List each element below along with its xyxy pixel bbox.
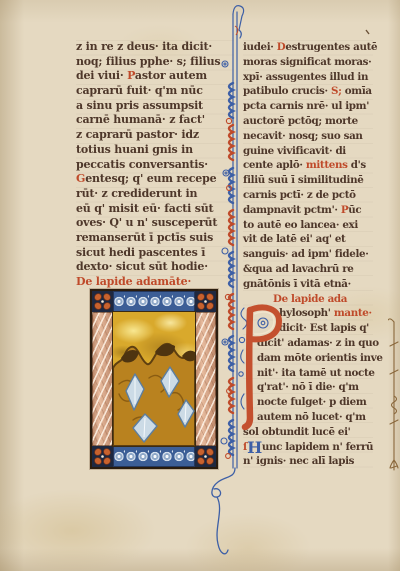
text-line: autem nō lucet· q'm <box>243 410 373 425</box>
body-text: sicut hedi pascentes ī <box>76 246 205 259</box>
body-text: moras significat moras· <box>243 56 371 68</box>
quatrefoil-flower-icon <box>92 291 113 312</box>
body-text: autem nō lucet· q'm <box>257 411 366 423</box>
text-line: eū q' misit eū· facti sūt <box>76 202 234 217</box>
quatrefoil-flower-icon <box>195 291 216 312</box>
body-text: iudei· <box>243 41 277 53</box>
body-text: eū q' misit eū· facti sūt <box>76 202 213 215</box>
body-text: dampnavit pctm'· <box>243 204 341 216</box>
rubric-text: S; <box>331 85 342 97</box>
text-line: caprarū fuit· q'm nūc <box>76 84 234 99</box>
body-text: astor autem <box>135 69 207 82</box>
text-line: filiū suū ī similitudinē <box>243 173 373 188</box>
body-text: patibulo crucis· <box>243 85 331 97</box>
body-text: omīa <box>342 85 372 97</box>
frame-band-top <box>113 291 195 312</box>
text-line: noq; filius pphe· s; filius <box>76 55 234 70</box>
body-text: auctorē pctōq; morte <box>243 115 358 127</box>
body-text: remanserūt ī pctīs suis <box>76 231 213 244</box>
text-line: carnis pctī· z de pctō <box>243 188 373 203</box>
body-text: ūc <box>348 204 361 216</box>
text-line: dei viui· Pastor autem <box>76 69 234 84</box>
frame-band-bottom <box>113 446 195 467</box>
text-line: z in re z deus· ita dicit· <box>76 40 234 55</box>
text-line: gnātōnis ī vitā etnā· <box>243 277 373 292</box>
text-line: &qua ad lavachrū re <box>243 262 373 277</box>
body-text: carnis pctī· z de pctō <box>243 189 356 201</box>
rubric-text: mante· <box>334 307 372 319</box>
text-line: oves· Q' u n' susceperūt <box>76 216 234 231</box>
text-line: totius huani gnis in <box>76 143 234 158</box>
text-line: n' ignis· nec alī lapis <box>243 454 373 469</box>
body-text: &qua ad lavachrū re <box>243 263 354 275</box>
text-line: necavit· nosq; suo san <box>243 129 373 144</box>
text-line: rūt· z crediderunt in <box>76 187 234 202</box>
text-line: hylosoph' mante· <box>243 306 373 321</box>
body-text: entesq; q' eum recepe <box>85 172 216 185</box>
body-text: noq; filius pphe· s; filius <box>76 55 220 68</box>
margin-pen-mark <box>388 312 400 480</box>
text-line: moras significat moras· <box>243 55 373 70</box>
text-line: De lapide ada <box>243 292 373 307</box>
text-line: carnē humanā· z fact' <box>76 113 234 128</box>
body-text: dicit' adamas· z in quo <box>257 337 379 349</box>
body-text: n' ignis· nec alī lapis <box>243 455 354 467</box>
text-line: q'rat'· nō ī die· q'm <box>243 380 373 395</box>
text-line: z caprarū pastor· idz <box>76 128 234 143</box>
body-text: peccatis conversantis· <box>76 158 208 171</box>
bottom-flourish <box>212 468 235 554</box>
red-tick <box>235 26 238 35</box>
text-line: cente aplō· mittens d's <box>243 158 373 173</box>
body-text: vit de latē ei' aq' et <box>243 233 345 245</box>
body-text: xpī· assugentes illud in <box>243 71 368 83</box>
text-line: guine vivificavit· di <box>243 144 373 159</box>
body-text: sanguis· ad ipm' fidele· <box>243 248 368 260</box>
body-text: d's <box>348 159 366 171</box>
gold-ground <box>113 312 195 446</box>
body-text: nit'· ita tamē ut nocte <box>257 367 375 379</box>
quatrefoil-flower-icon <box>92 446 113 467</box>
body-text: unc lapidem n' ferrū <box>262 441 373 453</box>
text-line: dam mōte orientis inve <box>243 351 373 366</box>
text-line: dicit' adamas· z in quo <box>243 336 373 351</box>
body-text: pcta carnis nrē· ul ipm' <box>243 100 369 112</box>
rubric-text: P <box>127 69 135 82</box>
rubric-text: De lapide ada <box>273 293 347 305</box>
text-line: vit de latē ei' aq' et <box>243 232 373 247</box>
text-line: remanserūt ī pctīs suis <box>76 231 234 246</box>
text-line: dicit· Est lapis q' <box>243 321 373 336</box>
initial-h: H <box>247 443 262 453</box>
text-line: sicut hedi pascentes ī <box>76 246 234 261</box>
body-text: caprarū fuit· q'm nūc <box>76 84 203 97</box>
body-text: nocte fulget· p diem <box>257 396 366 408</box>
body-text: rūt· z crediderunt in <box>76 187 197 200</box>
text-line: auctorē pctōq; morte <box>243 114 373 129</box>
body-text: dicit· Est lapis q' <box>279 322 369 334</box>
text-column-right: iudei· Destrugentes autēmoras significat… <box>243 40 373 469</box>
text-line: sanguis· ad ipm' fidele· <box>243 247 373 262</box>
frame-foliate-border-right <box>195 312 216 446</box>
corner-quatrefoil-bl <box>92 446 113 467</box>
text-line: De lapide adamāte· <box>76 275 234 290</box>
text-line: dampnavit pctm'· Pūc <box>243 203 373 218</box>
body-text: dei viui· <box>76 69 127 82</box>
text-line: a sinu pris assumpsit <box>76 99 234 114</box>
body-text: estrugentes autē <box>285 41 377 53</box>
text-line: to autē eo lancea· exi <box>243 218 373 233</box>
body-text: guine vivificavit· di <box>243 145 346 157</box>
text-line: nit'· ita tamē ut nocte <box>243 366 373 381</box>
quatrefoil-flower-icon <box>195 446 216 467</box>
body-text: gnātōnis ī vitā etnā· <box>243 278 351 290</box>
text-column-left: z in re z deus· ita dicit·noq; filius pp… <box>76 40 234 290</box>
body-text: a sinu pris assumpsit <box>76 99 203 112</box>
corner-quatrefoil-tr <box>195 291 216 312</box>
body-text: to autē eo lancea· exi <box>243 219 358 231</box>
text-line: Gentesq; q' eum recepe <box>76 172 234 187</box>
rubric-text: G <box>76 172 85 185</box>
text-line: sol obtundit lucē ei' <box>243 425 373 440</box>
body-text: filiū suū ī similitudinē <box>243 174 363 186</box>
text-line: patibulo crucis· S; omīa <box>243 84 373 99</box>
body-text: z in re z deus· ita dicit· <box>76 40 212 53</box>
rubric-text: mittens <box>306 159 348 171</box>
text-line: iudei· Destrugentes autē <box>243 40 373 55</box>
text-line: ſHunc lapidem n' ferrū <box>243 440 373 455</box>
text-line: xpī· assugentes illud in <box>243 70 373 85</box>
text-line: pcta carnis nrē· ul ipm' <box>243 99 373 114</box>
corner-quatrefoil-br <box>195 446 216 467</box>
text-line: nocte fulget· p diem <box>243 395 373 410</box>
body-text: totius huani gnis in <box>76 143 193 156</box>
body-text: z caprarū pastor· idz <box>76 128 199 141</box>
body-text: carnē humanā· z fact' <box>76 113 205 126</box>
miniature-frame <box>90 289 218 469</box>
body-text: q'rat'· nō ī die· q'm <box>257 381 359 393</box>
body-text: dam mōte orientis inve <box>257 352 383 364</box>
body-text: oves· Q' u n' susceperūt <box>76 216 217 229</box>
body-text: sol obtundit lucē ei' <box>243 426 350 438</box>
body-text: cente aplō· <box>243 159 306 171</box>
body-text: dexto· sicut sūt hodie· <box>76 260 208 273</box>
frame-foliate-border-left <box>92 312 113 446</box>
body-text: hylosoph' <box>279 307 334 319</box>
body-text: necavit· nosq; suo san <box>243 130 363 142</box>
ink-speck <box>366 30 369 34</box>
manuscript-page: z in re z deus· ita dicit·noq; filius pp… <box>0 0 400 571</box>
corner-quatrefoil-tl <box>92 291 113 312</box>
rubric-text: De lapide adamāte· <box>76 275 191 288</box>
text-line: dexto· sicut sūt hodie· <box>76 260 234 275</box>
adamant-mound <box>113 312 195 446</box>
text-line: peccatis conversantis· <box>76 158 234 173</box>
